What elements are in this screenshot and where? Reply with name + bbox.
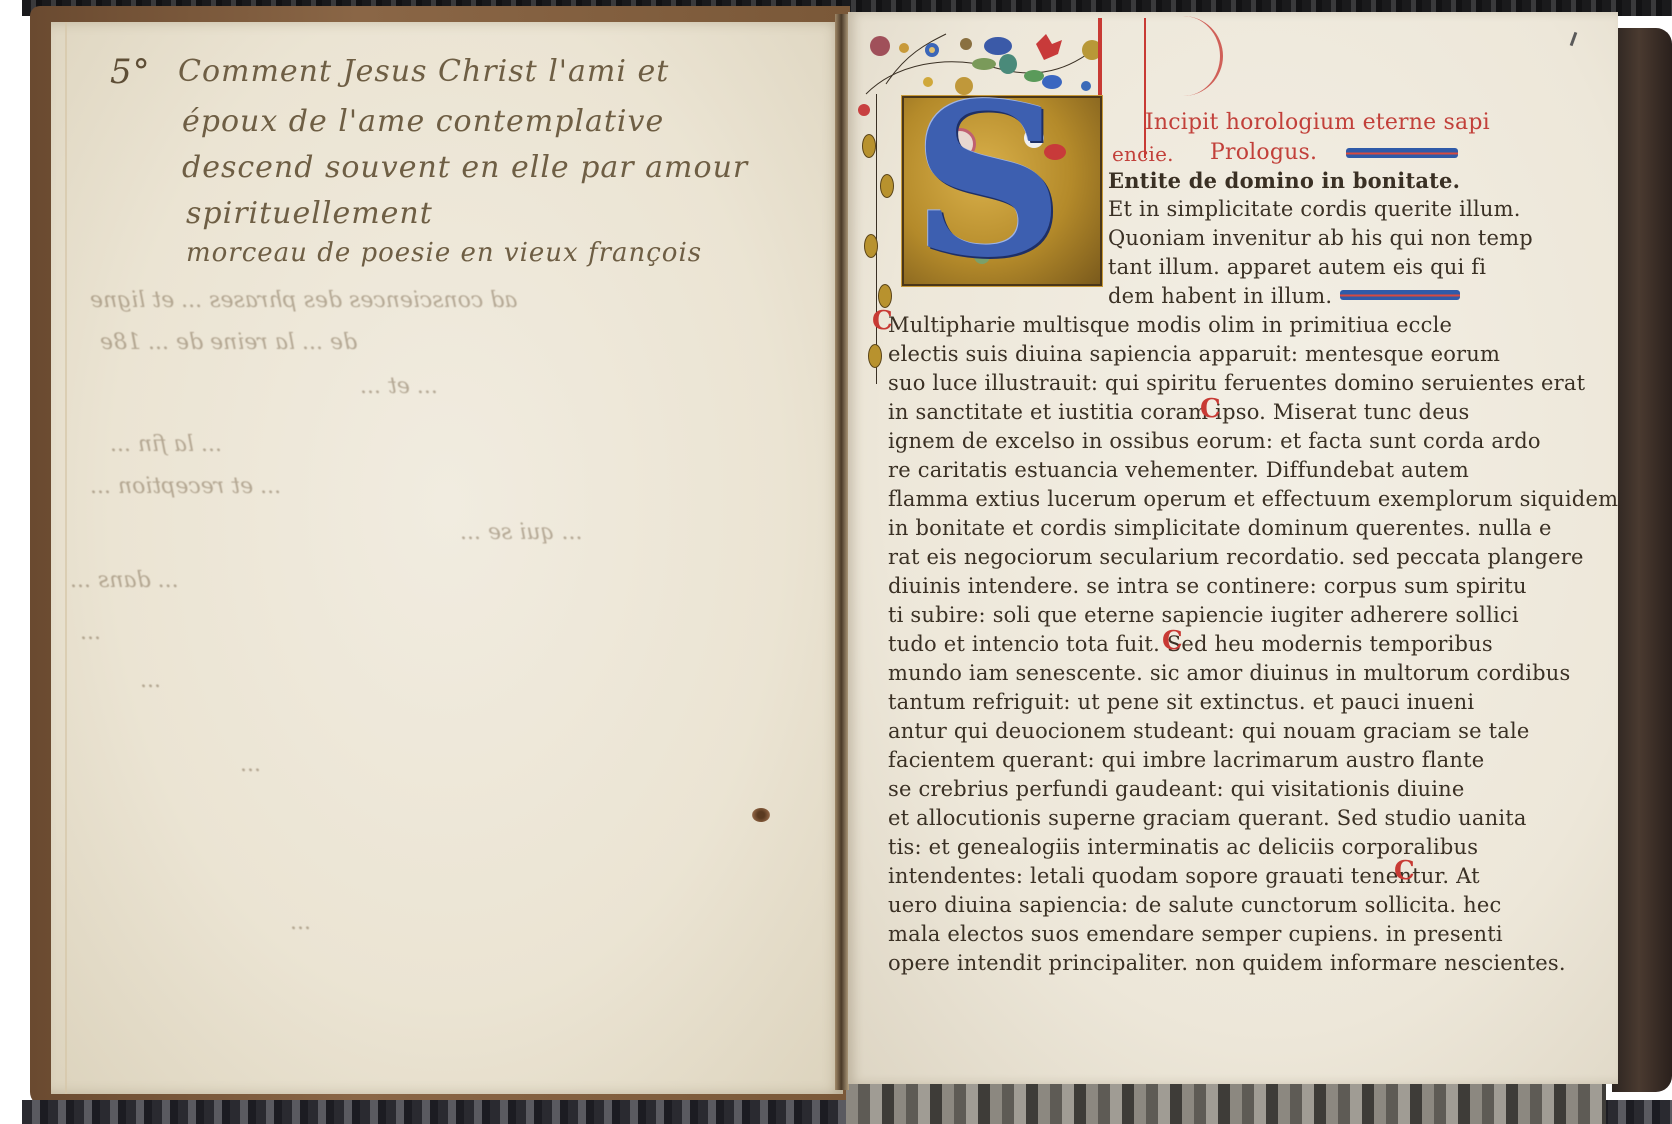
note-line: spirituellement — [186, 196, 433, 231]
text-line: et allocutionis superne graciam querant.… — [888, 806, 1527, 830]
rubric-title-line: Incipit horologium eterne sapi — [1145, 110, 1490, 135]
note-item-number: 5° — [110, 52, 151, 92]
paragraph-mark-icon: C — [872, 306, 893, 336]
paragraph-mark-icon: C — [1162, 626, 1183, 656]
initial-letter: S — [912, 76, 1064, 286]
bleed-through-line: ... la fin ... — [110, 432, 222, 457]
text-line: re caritatis estuancia vehementer. Diffu… — [888, 458, 1469, 482]
text-line: in bonitate et cordis simplicitate domin… — [888, 516, 1552, 540]
text-line: Multipharie multisque modis olim in prim… — [888, 313, 1452, 337]
text-line: antur qui deuocionem studeant: qui nouam… — [888, 719, 1530, 743]
note-line: descend souvent en elle par amour — [182, 150, 748, 185]
line-filler-ornament — [1340, 290, 1460, 300]
illuminated-initial-S: S — [902, 96, 1102, 286]
page-stack-bottom-right — [846, 1084, 1606, 1124]
bleed-through-line: ... — [290, 910, 311, 935]
rubric-capital-I — [1098, 18, 1146, 158]
note-line: époux de l'ame contemplative — [182, 104, 664, 139]
text-line: flamma extius lucerum operum et effectuu… — [888, 487, 1618, 511]
text-line: diuinis intendere. se intra se continere… — [888, 574, 1527, 598]
text-line: in sanctitate et iustitia coram ipso. Mi… — [888, 400, 1470, 424]
bleed-through-line: ad consciences des phrases ... et ligne — [90, 288, 517, 313]
text-line: rat eis negociorum secularium recordatio… — [888, 545, 1584, 569]
line-filler-ornament — [1346, 148, 1458, 158]
text-line: Quoniam invenitur ab his qui non temp — [1108, 226, 1533, 250]
ink-stain — [752, 808, 770, 822]
book-gutter — [835, 14, 849, 1090]
text-line: electis suis diuina sapiencia apparuit: … — [888, 342, 1500, 366]
text-line: Et in simplicitate cordis querite illum. — [1108, 197, 1521, 221]
text-line: tis: et genealogiis interminatis ac deli… — [888, 835, 1478, 859]
open-manuscript-photo: ad consciences des phrases ... et ligne … — [0, 0, 1672, 1124]
note-line: morceau de poesie en vieux françois — [186, 238, 702, 268]
text-line: ti subire: soli que eterne sapiencie iug… — [888, 603, 1519, 627]
bleed-through-line: ... dans ... — [70, 568, 179, 593]
text-line: Entite de domino in bonitate. — [1108, 168, 1460, 193]
text-line: se crebrius perfundi gaudeant: qui visit… — [888, 777, 1464, 801]
rubric-title-prologus: Prologus. — [1210, 140, 1317, 165]
bleed-through-line: ... — [80, 620, 101, 645]
text-line: uero diuina sapiencia: de salute cunctor… — [888, 893, 1502, 917]
text-line: dem habent in illum. — [1108, 284, 1332, 308]
bleed-through-line: ... et ... — [360, 374, 438, 399]
paragraph-mark-icon: C — [1200, 394, 1221, 424]
text-line: opere intendit principaliter. non quidem… — [888, 951, 1566, 975]
bleed-through-line: ... et reception ... — [90, 474, 281, 499]
paragraph-mark-icon: C — [1394, 856, 1415, 886]
right-binding-edge — [1612, 28, 1672, 1092]
text-line: tant illum. apparet autem eis qui fi — [1108, 255, 1486, 279]
note-line: Comment Jesus Christ l'ami et — [178, 54, 669, 89]
bleed-through-line: ... qui se ... — [460, 520, 583, 545]
page-fold-line — [65, 22, 67, 1094]
text-line: tantum refriguit: ut pene sit extinctus.… — [888, 690, 1474, 714]
bleed-through-line: de ... la reine de ... 18e — [100, 330, 357, 355]
bleed-through-line: ... — [240, 752, 261, 777]
text-line: ignem de excelso in ossibus eorum: et fa… — [888, 429, 1541, 453]
text-line: mala electos suos emendare semper cupien… — [888, 922, 1503, 946]
rubric-title-line: encie. — [1112, 142, 1174, 166]
text-line: tudo et intencio tota fuit. Sed heu mode… — [888, 632, 1493, 656]
text-line: intendentes: letali quodam sopore grauat… — [888, 864, 1480, 888]
text-line: suo luce illustrauit: qui spiritu feruen… — [888, 371, 1585, 395]
text-line: facientem querant: qui imbre lacrimarum … — [888, 748, 1484, 772]
bleed-through-line: ... — [140, 668, 161, 693]
text-line: mundo iam senescente. sic amor diuinus i… — [888, 661, 1571, 685]
